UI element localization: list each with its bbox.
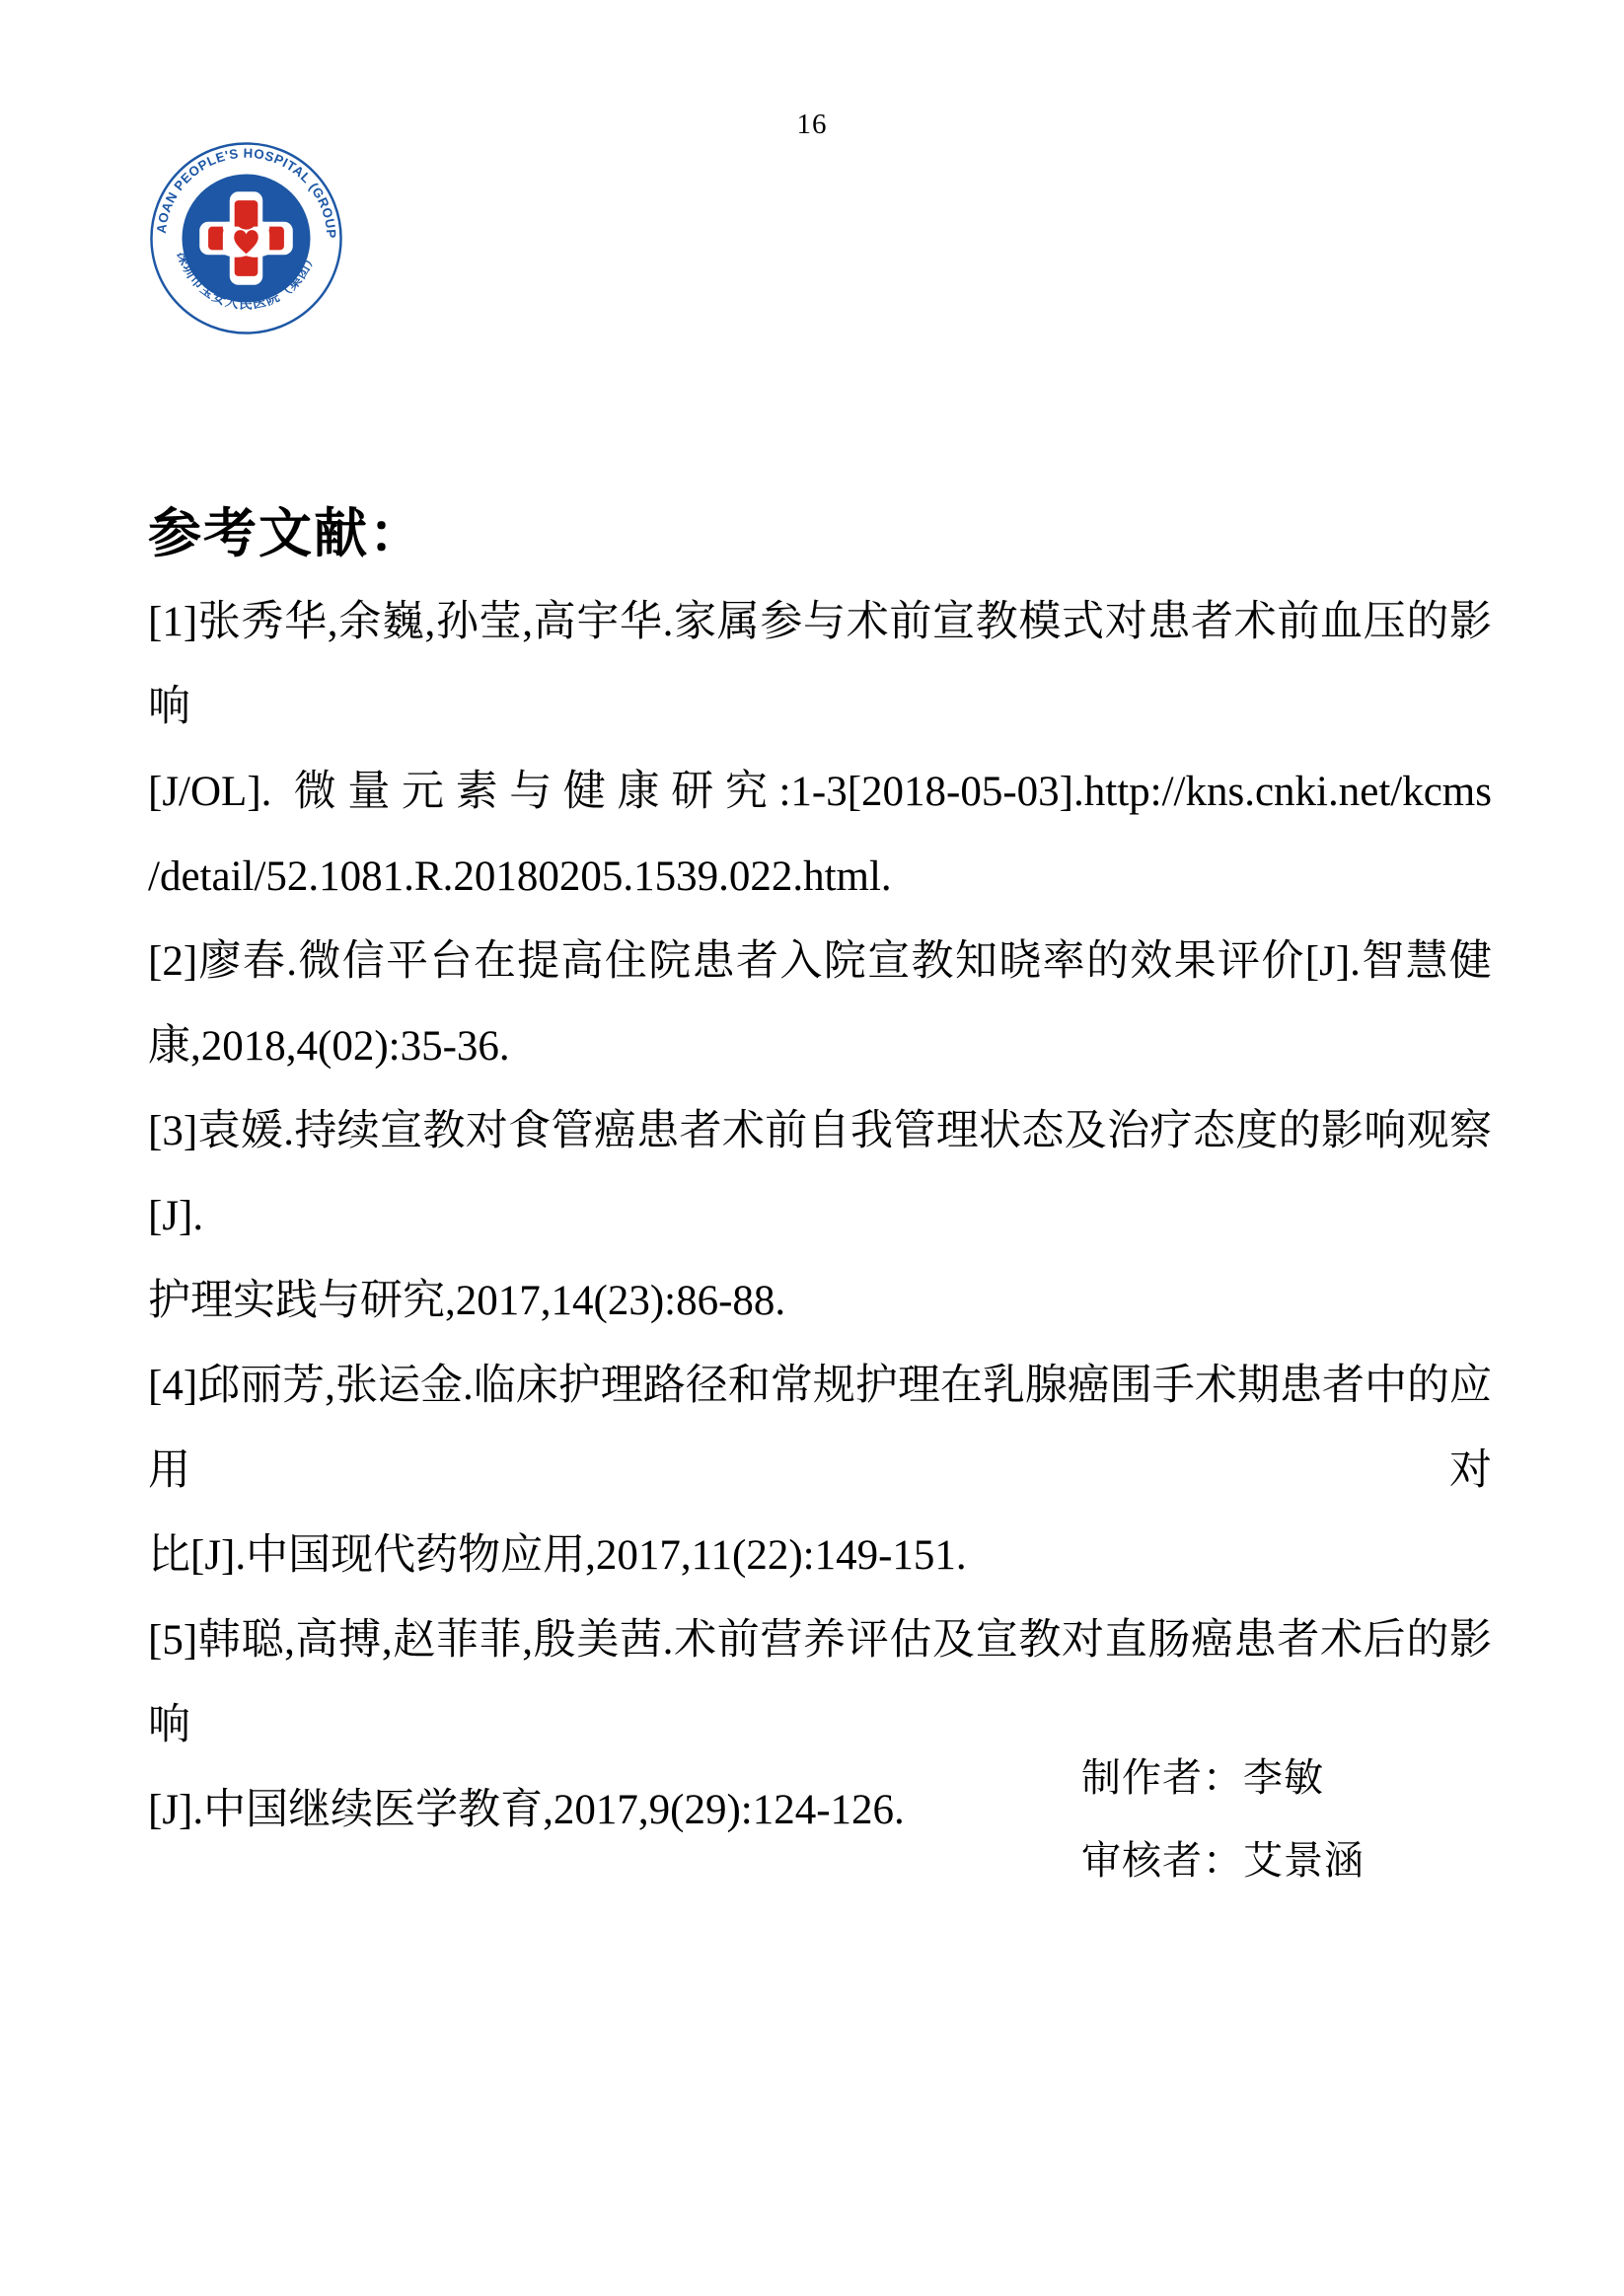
reference-4-line-2: 比[J].中国现代药物应用,2017,11(22):149-151. — [148, 1514, 1492, 1598]
reference-3-line-1: [3]袁媛.持续宣教对食管癌患者术前自我管理状态及治疗态度的影响观察[J]. — [148, 1089, 1492, 1259]
credit-maker: 制作者：李敏 — [1081, 1746, 1324, 1803]
reference-5-line-1: [5]韩聪,高搏,赵菲菲,殷美茜.术前营养评估及宣教对直肠癌患者术后的影响 — [148, 1598, 1492, 1768]
reference-2-line-1: [2]廖春.微信平台在提高住院患者入院宣教知晓率的效果评价[J].智慧健 — [148, 920, 1492, 1004]
hospital-logo: BAOAN PEOPLE'S HOSPITAL (GROUP) 深圳市宝安人民医… — [149, 141, 343, 335]
page-number: 16 — [0, 109, 1624, 141]
reference-1-line-1: [1]张秀华,余巍,孙莹,高宇华.家属参与术前宣教模式对患者术前血压的影响 — [148, 580, 1492, 750]
reference-2-line-2: 康,2018,4(02):35-36. — [148, 1004, 1492, 1089]
hospital-logo-image: BAOAN PEOPLE'S HOSPITAL (GROUP) 深圳市宝安人民医… — [149, 141, 343, 335]
credit-reviewer: 审核者：艾景涵 — [1081, 1829, 1365, 1886]
reference-1-line-3: /detail/52.1081.R.20180205.1539.022.html… — [148, 835, 1492, 920]
reference-4-line-1: [4]邱丽芳,张运金.临床护理路径和常规护理在乳腺癌围手术期患者中的应用对 — [148, 1344, 1492, 1514]
references-list: [1]张秀华,余巍,孙莹,高宇华.家属参与术前宣教模式对患者术前血压的影响 [J… — [148, 580, 1492, 1853]
reference-3-line-2: 护理实践与研究,2017,14(23):86-88. — [148, 1259, 1492, 1344]
reference-1-line-2: [J/OL]. 微量元素与健康研究:1-3[2018-05-03].http:/… — [148, 750, 1492, 835]
references-heading: 参考文献： — [148, 491, 424, 567]
